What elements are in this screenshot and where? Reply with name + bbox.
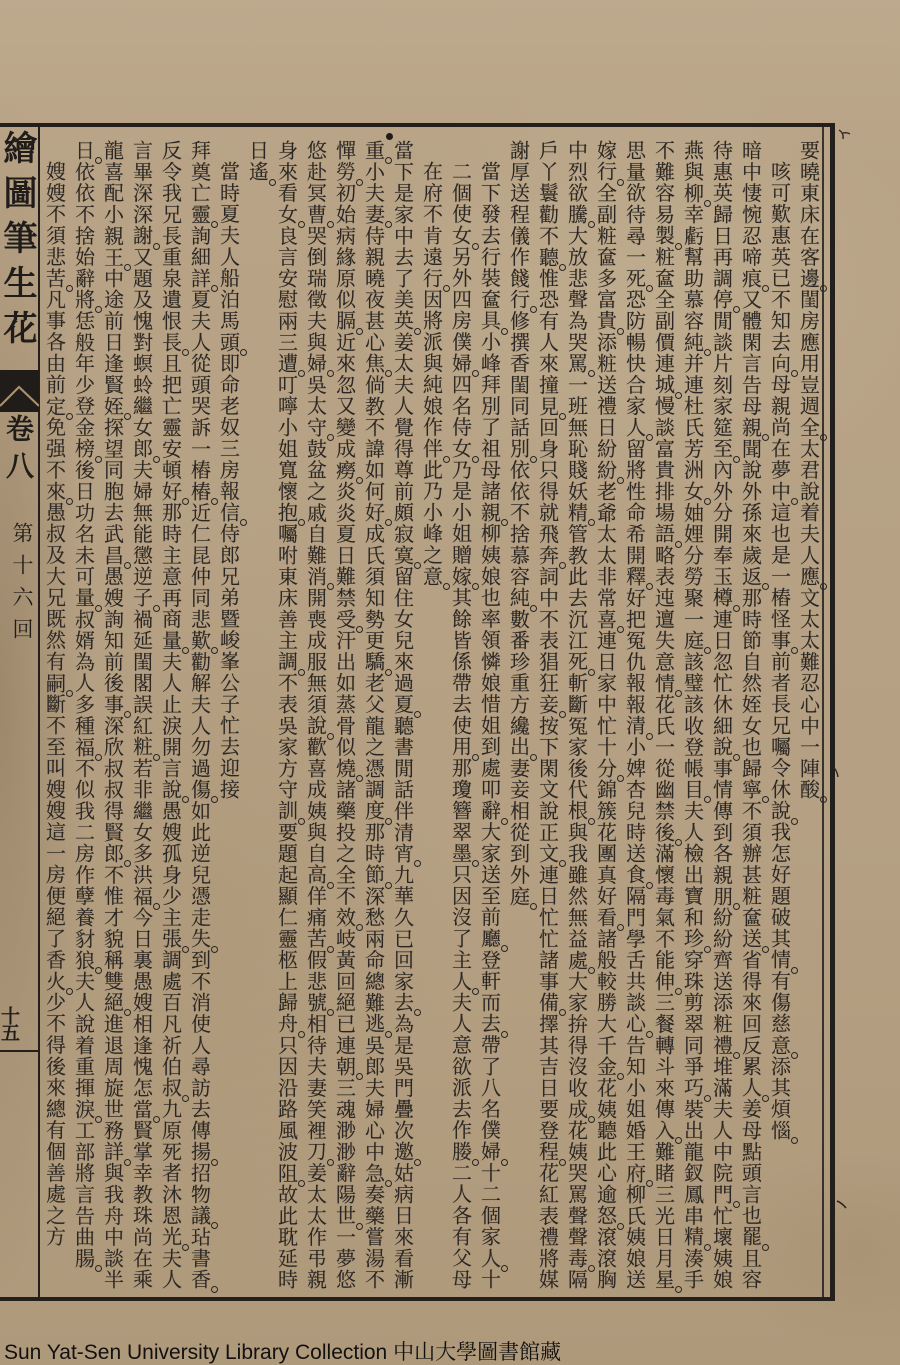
- volume-label: 卷八: [0, 414, 36, 488]
- text-column: 在府不肯遠行因將派與純娘作伴此乃小峰之意: [417, 140, 446, 1321]
- text-column: 嫁行全副粧奩多富貴添粧送禮日紛紛老爺太太非常喜連日家中忙十分錦簇花團真好看諸般較…: [591, 140, 620, 1300]
- paper-crease-mark-icon: [836, 1196, 850, 1210]
- text-column: 重小夫妻侍親曉夜甚心焦倘教不諱如何好成氏須知勢更驕老父龍之憑調度那時節深愁兩命總…: [359, 140, 388, 1300]
- frame-border-top: [0, 123, 835, 127]
- text-column: 日依依不捨始辭將恁般年少登金榜後日功名未可量叔婿為人多種福不似我二房作孽養豺狼夫…: [69, 140, 98, 1300]
- text-column: 憚勞初始病緣原似膈近來忽又變成癆炎炎夏日難禁受汗出如蒸骨似燒諸藥投之全不效岐黃回…: [330, 140, 359, 1300]
- text-column: 中烈欲騰大放悲聲為哭罵一班無恥賤妖精管教此去沉江死斬斷冤家後代根與我雖然無益處大…: [562, 140, 591, 1300]
- center-strip-rule: [0, 1050, 39, 1052]
- text-column: 龍喜配小親王中途前日逢賢姪探望同胞去武昌愚嫂詢知前後事深欣叔叔得賢郎不惟才貌稱雙…: [98, 140, 127, 1300]
- text-column: 當時夏夫人船泊馬頭即命老奴三房報信侍郎兄弟暨峻峯公子忙去迎接: [214, 140, 243, 1321]
- text-column: 暗中悽惋忍啼痕又體閑言告母親聞說外孫來歲返那時節自然姪女也歸寧不須辦甚粧奩送省得…: [736, 140, 765, 1300]
- text-column: 當下是家中去了美英姜太夫人覺得尊前頗寂寞留住女兒來過夏聽書閒話伴清宵九華久已回家…: [388, 140, 417, 1300]
- book-page-scan: 繪圖筆生花 卷八 第十六回 十五 要曉東床在客邊閨房應用豈週全太君說着夫人應文太…: [0, 0, 900, 1365]
- chapter-label: 第十六回: [7, 522, 37, 650]
- text-column: 當下發去行裝奩具小峰拜別了祖母諸親柳姨娘也率領憐娘惜姐到處叩辭大家送至前廳登軒而…: [475, 140, 504, 1321]
- text-column: 戶丫鬟勸不聽惟恐有人來撞見回身只得就飛奔詞中不表猖狂妾按下閑文說正文連日忙忙諸事…: [533, 140, 562, 1300]
- text-column: 身來看女良言安慰兩三遭叮嚀小姐寬懷抱囑咐東床善主調不表吳家方守訓要題起顯仁靈柩上…: [272, 140, 301, 1300]
- frame-border-right: [830, 123, 835, 1301]
- fishtail-mark-icon: [0, 370, 39, 412]
- paper-crease-mark-icon: [838, 126, 852, 140]
- text-column: 思量欲待尋一死恐防暢快合家人留將性命希開釋好把冤仇報報清小婢杏兒時送食隔門學舌共…: [620, 140, 649, 1300]
- text-column: 咳可歎惠英已不知去向母親尚在夢中這也是一樁怪事前者長兄囑令休說我怎好題破其情有傷…: [765, 140, 794, 1321]
- text-column: 反令我兄長重泉遺恨長且把亡靈安頓好那時主意再商量夫人止淚開言說愚嫂孤身少主張調處…: [156, 140, 185, 1300]
- text-column: 要曉東床在客邊閨房應用豈週全太君說着夫人應文太太難忍心中一陣酸: [794, 140, 823, 1300]
- text-column: 嫂嫂不須悲苦凡事各由前定免强不來愚叔及大兄既然有嗣斷不至叫嫂嫂這一房便絕了香火少…: [40, 140, 69, 1321]
- library-caption: Sun Yat-Sen University Library Collectio…: [4, 1336, 561, 1365]
- paper-crease-mark-icon: [832, 764, 846, 778]
- text-column: 日遙: [243, 140, 272, 1300]
- text-column: 拜奠亡靈詢細詳夏夫人從頭哭訴一樁樁近仁昆仲同悲歎勸解夫人勿過傷如此逆兒憑走失到不…: [185, 140, 214, 1300]
- text-column: 言畢深深謝又題及愧對螟蛉繼女郎夫婦無能懲逆子禍延閨閣誤紅粧若非繼女多洪福今日裏愚…: [127, 140, 156, 1300]
- page-number: 十五: [0, 1006, 23, 1040]
- text-column: 謝厚送程儀作餞行修撰香閨同話別依依不捨慕容純數番珍重方纔出妻妾相從到外庭: [504, 140, 533, 1300]
- book-title: 繪圖筆生花: [0, 130, 36, 355]
- text-column: 二個使女另外四房僕婦四名侍女乃是小姐贈嫁其餘皆係帶去使用那瓊簪翠墨只因沒了主人夫…: [446, 140, 475, 1321]
- text-column: 不難容易製粧奩全副價連城慢談富貴排場語略表迍邅失意情花氏一從幽禁後滿懷毒氣不能伸…: [649, 140, 678, 1300]
- text-column: 燕與柳幸虧幫助慕容純并連杜氏芳洲女妯娌分勞聚一庭該璧該收登帳目夫人檢出寶和珍穿珠…: [678, 140, 707, 1300]
- text-columns: 要曉東床在客邊閨房應用豈週全太君說着夫人應文太太難忍心中一陣酸 咳可歎惠英已不知…: [40, 140, 823, 1300]
- text-column: 悠赴冥曹哭倒瑞徵夫與婦吳太守鼓盆之戚自難消開喪成服無須說歡喜成姨與自高佯痛苦假悲…: [301, 140, 330, 1300]
- text-column: 待惠英歸日再調停閒談片刻家筵至內外分開奉玉樽連日忽忙休細說事情傳到各親朋紛紛齊送…: [707, 140, 736, 1300]
